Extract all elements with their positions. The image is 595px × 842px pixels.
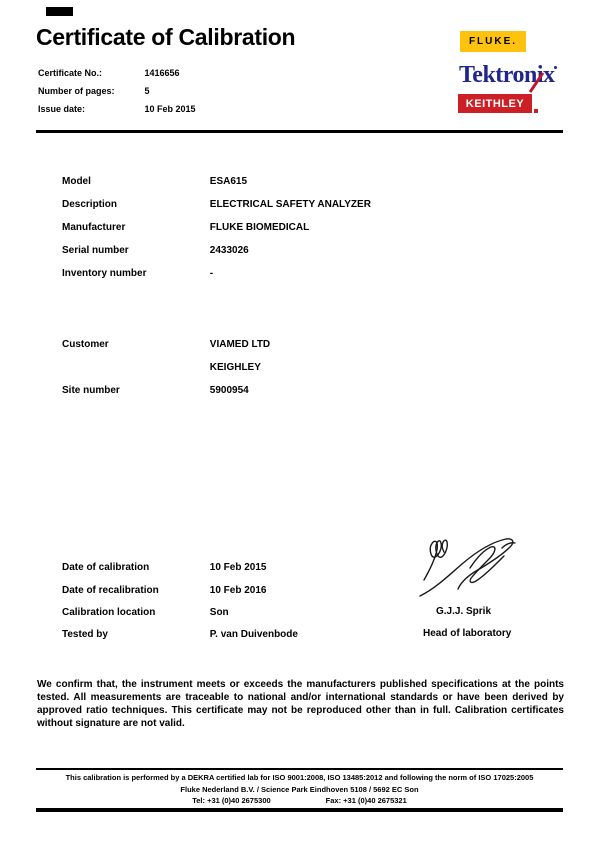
- model-value: ESA615: [210, 176, 247, 187]
- description-row: Description ELECTRICAL SAFETY ANALYZER: [62, 199, 542, 210]
- keithley-logo: KEITHLEY: [458, 94, 532, 113]
- fluke-logo-text: FLUKE.: [469, 36, 517, 47]
- number-of-pages-value: 5: [145, 86, 150, 96]
- description-label: Description: [62, 199, 207, 210]
- handwritten-signature: [416, 534, 528, 602]
- manufacturer-value: FLUKE BIOMEDICAL: [210, 222, 309, 233]
- fluke-logo: FLUKE.: [460, 31, 526, 52]
- customer-city-row: KEIGHLEY: [62, 362, 542, 373]
- footer-address-line: Fluke Nederland B.V. / Science Park Eind…: [36, 784, 563, 796]
- footer-block: This calibration is performed by a DEKRA…: [36, 772, 563, 807]
- inventory-number-row: Inventory number -: [62, 268, 542, 279]
- footer-accreditation-line: This calibration is performed by a DEKRA…: [36, 772, 563, 784]
- issue-date-value: 10 Feb 2015: [145, 104, 196, 114]
- inventory-number-value: -: [210, 268, 213, 279]
- tested-by-value: P. van Duivenbode: [210, 629, 298, 640]
- tektronix-logo: Tektronix: [459, 62, 569, 92]
- tektronix-registered-mark-icon: [554, 66, 557, 69]
- customer-name-value: VIAMED LTD: [210, 339, 270, 350]
- manufacturer-label: Manufacturer: [62, 222, 207, 233]
- date-of-recalibration-label: Date of recalibration: [62, 585, 207, 596]
- scan-artifact-mark: [46, 7, 73, 16]
- signatory-name: G.J.J. Sprik: [436, 606, 491, 617]
- number-of-pages-row: Number of pages: 5: [38, 86, 338, 96]
- confirmation-statement: We confirm that, the instrument meets or…: [37, 678, 564, 730]
- footer-bottom-rule: [36, 808, 563, 812]
- serial-number-row: Serial number 2433026: [62, 245, 542, 256]
- customer-row: Customer VIAMED LTD: [62, 339, 542, 350]
- inventory-number-label: Inventory number: [62, 268, 207, 279]
- site-number-value: 5900954: [210, 385, 249, 396]
- model-row: Model ESA615: [62, 176, 542, 187]
- date-of-calibration-value: 10 Feb 2015: [210, 562, 267, 573]
- site-number-row: Site number 5900954: [62, 385, 542, 396]
- manufacturer-row: Manufacturer FLUKE BIOMEDICAL: [62, 222, 542, 233]
- footer-telephone: Tel: +31 (0)40 2675300: [192, 796, 270, 805]
- certificate-number-row: Certificate No.: 1416656: [38, 68, 338, 78]
- footer-fax: Fax: +31 (0)40 2675321: [326, 796, 407, 805]
- certificate-number-value: 1416656: [145, 68, 180, 78]
- customer-label: Customer: [62, 339, 207, 350]
- date-of-calibration-label: Date of calibration: [62, 562, 207, 573]
- site-number-label: Site number: [62, 385, 207, 396]
- calibration-location-value: Son: [210, 607, 229, 618]
- issue-date-row: Issue date: 10 Feb 2015: [38, 104, 338, 114]
- issue-date-label: Issue date:: [38, 104, 142, 114]
- serial-number-value: 2433026: [210, 245, 249, 256]
- serial-number-label: Serial number: [62, 245, 207, 256]
- keithley-logo-text: KEITHLEY: [466, 98, 524, 110]
- footer-top-rule: [36, 768, 563, 770]
- certificate-page: Certificate of Calibration FLUKE. Tektro…: [0, 0, 595, 842]
- calibration-location-label: Calibration location: [62, 607, 207, 618]
- certificate-number-label: Certificate No.:: [38, 68, 142, 78]
- header-divider: [36, 130, 563, 133]
- page-title: Certificate of Calibration: [36, 24, 295, 51]
- number-of-pages-label: Number of pages:: [38, 86, 142, 96]
- keithley-logo-dot-icon: [534, 109, 538, 113]
- tested-by-label: Tested by: [62, 629, 207, 640]
- footer-contact-line: Tel: +31 (0)40 2675300Fax: +31 (0)40 267…: [36, 795, 563, 807]
- date-of-recalibration-value: 10 Feb 2016: [210, 585, 267, 596]
- description-value: ELECTRICAL SAFETY ANALYZER: [210, 199, 371, 210]
- signatory-role: Head of laboratory: [423, 628, 511, 639]
- customer-city-value: KEIGHLEY: [210, 362, 261, 373]
- model-label: Model: [62, 176, 207, 187]
